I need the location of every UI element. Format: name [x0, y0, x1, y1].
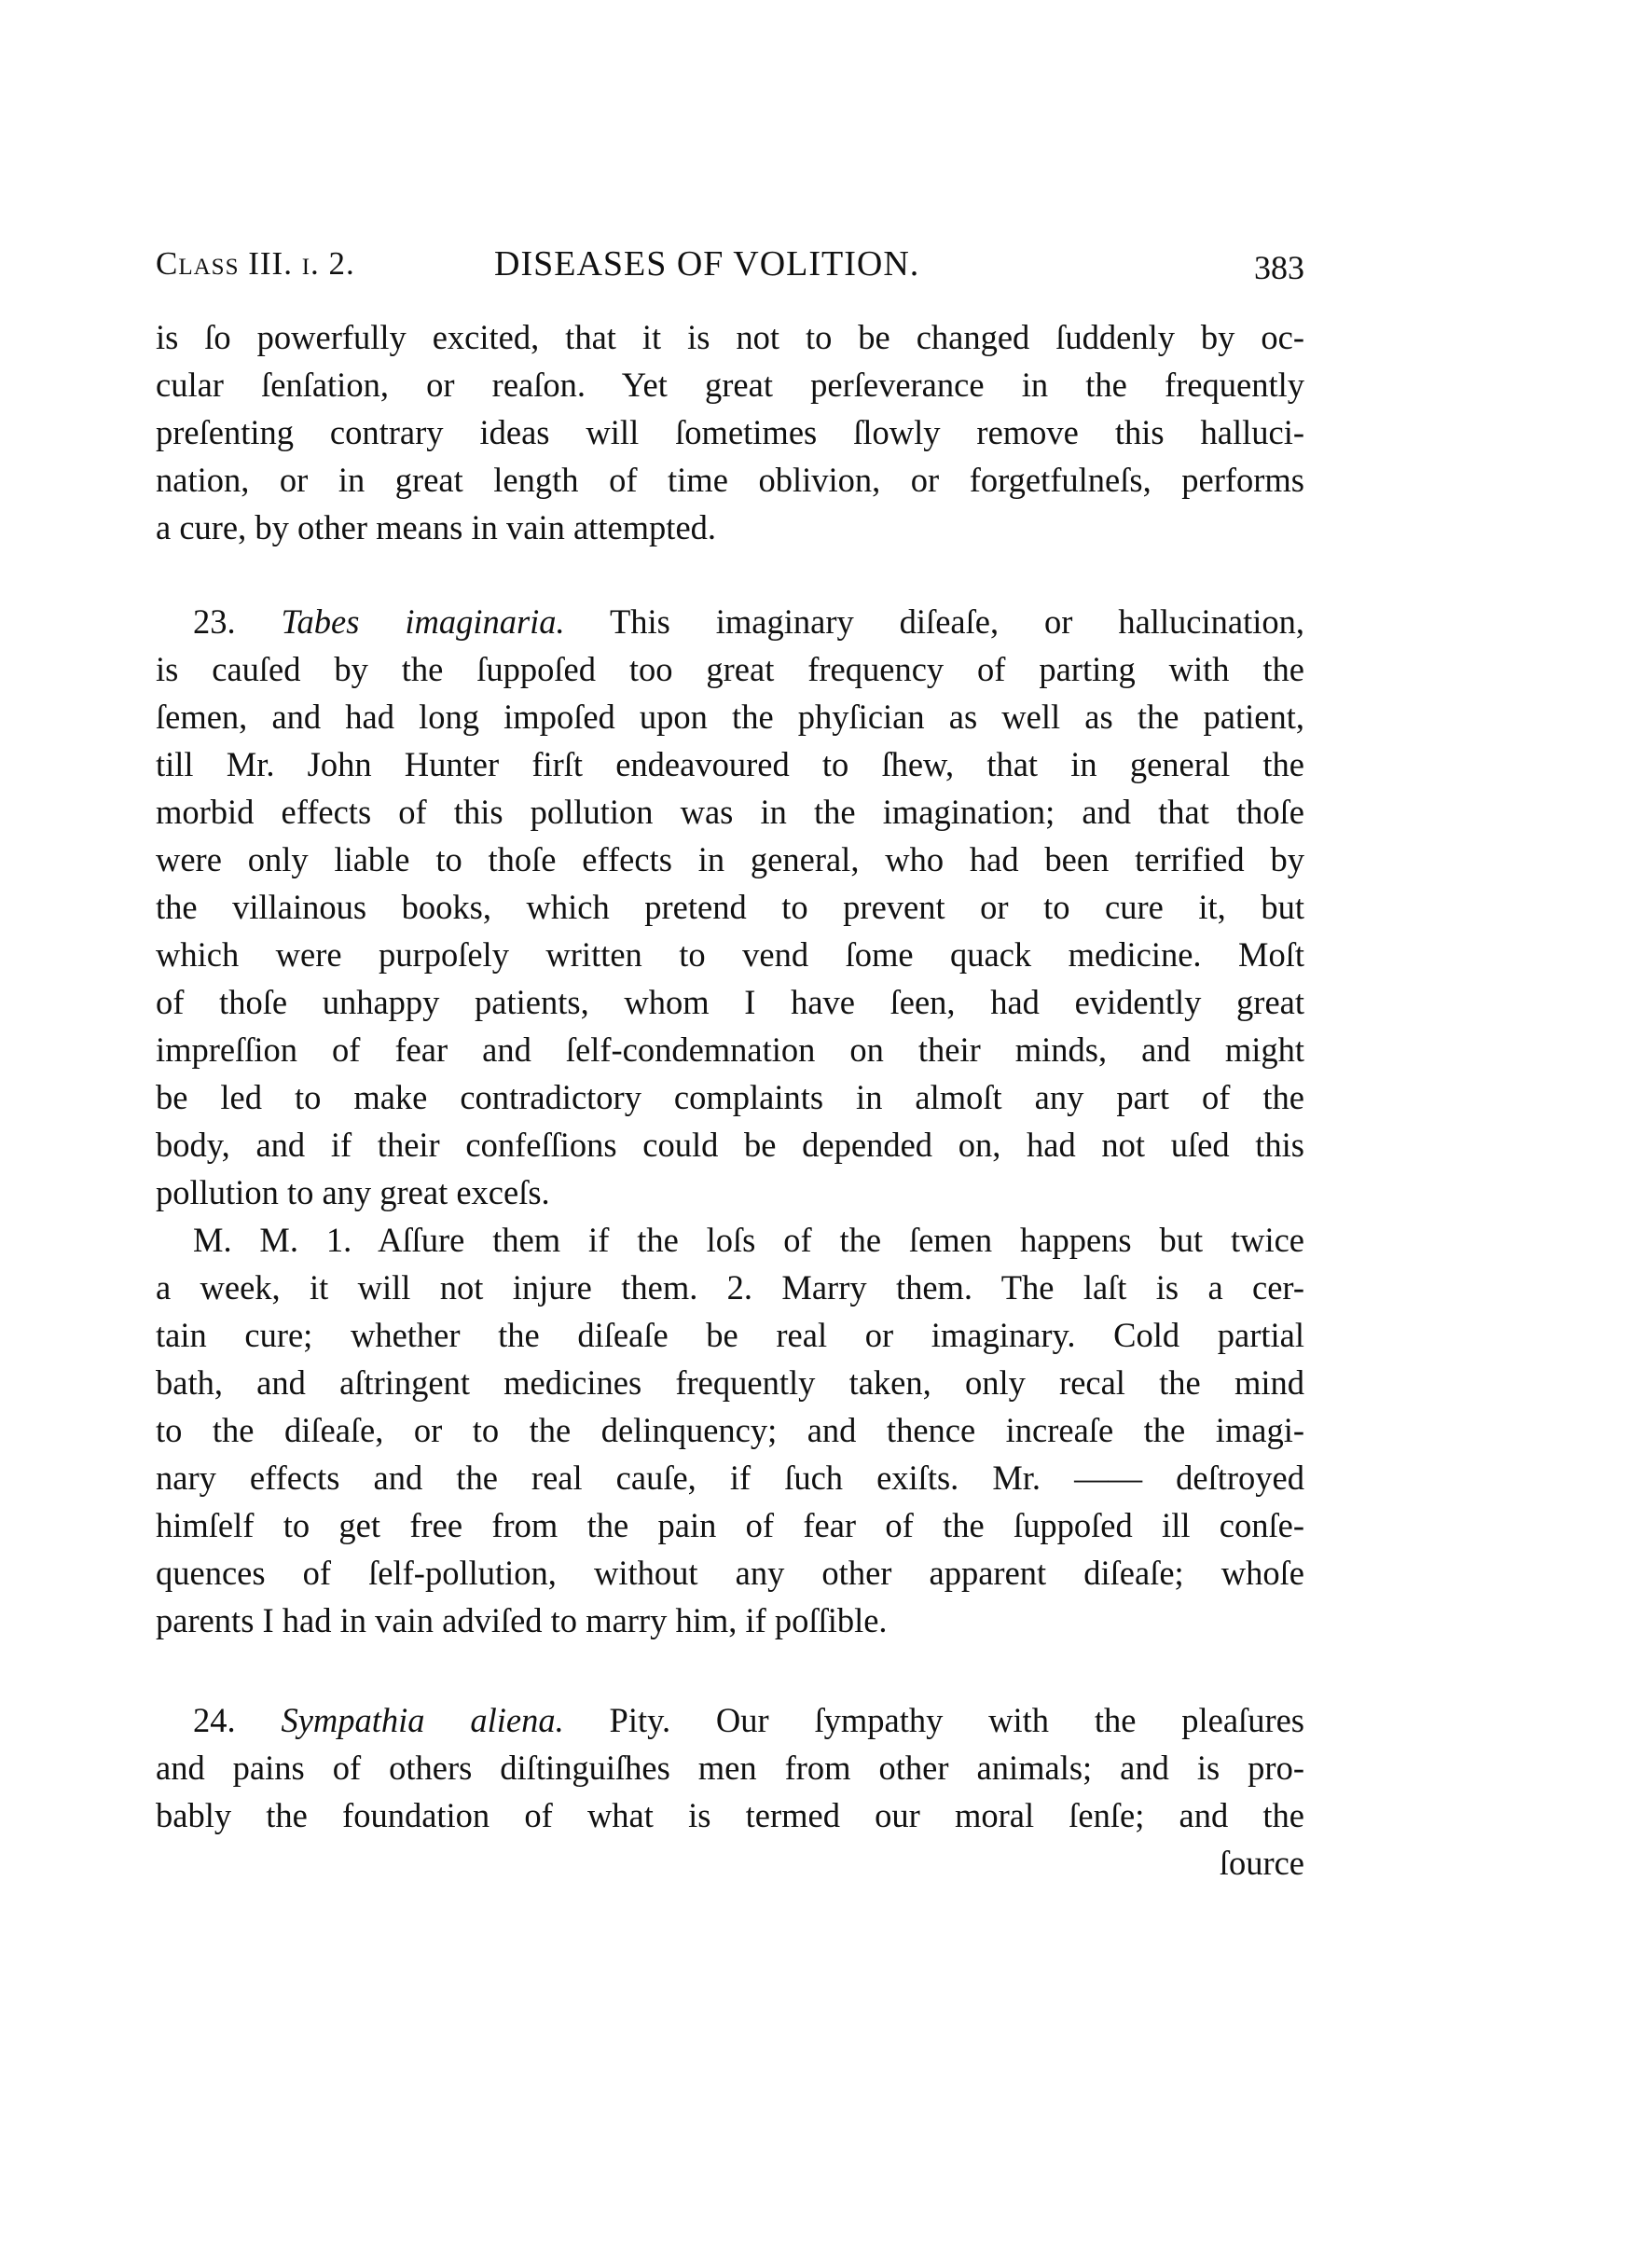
- mm-first-line-text: 1. Aſſure them if the loſs of the ſemen …: [326, 1221, 1304, 1259]
- text-line: morbid effects of this pollution was in …: [156, 789, 1304, 836]
- text-line: a cure, by other means in vain attempted…: [156, 505, 1304, 551]
- text-line: tain cure; whether the diſeaſe be real o…: [156, 1312, 1304, 1359]
- running-header: Class III. i. 2. DISEASES OF VOLITION. 3…: [156, 241, 1304, 287]
- text-line: till Mr. John Hunter firſt endeavoured t…: [156, 741, 1304, 788]
- text-line: ſemen, and had long impoſed upon the phy…: [156, 694, 1304, 740]
- section-heading-line: 23. Tabes imaginaria. This imaginary diſ…: [193, 599, 1304, 645]
- text-line: bably the foundation of what is termed o…: [156, 1792, 1304, 1839]
- text-line: preſenting contrary ideas will ſometimes…: [156, 409, 1304, 456]
- text-line: bath, and aſtringent medicines frequentl…: [156, 1360, 1304, 1406]
- section-first-line-text: This imaginary diſeaſe, or hallucination…: [610, 602, 1304, 641]
- text-line: cular ſenſation, or reaſon. Yet great pe…: [156, 362, 1304, 408]
- section-number: 23.: [193, 602, 236, 641]
- section-heading-line: 24. Sympathia aliena. Pity. Our ſympathy…: [193, 1697, 1304, 1744]
- class-label: Class III. i. 2.: [156, 241, 355, 287]
- text-line: is cauſed by the ſuppoſed too great freq…: [156, 646, 1304, 693]
- book-page: Class III. i. 2. DISEASES OF VOLITION. 3…: [0, 0, 1641, 2268]
- text-line: himſelf to get free from the pain of fea…: [156, 1502, 1304, 1549]
- catchword: ſource: [156, 1840, 1304, 1887]
- text-line: the villainous books, which pretend to p…: [156, 884, 1304, 931]
- text-line: were only liable to thoſe effects in gen…: [156, 837, 1304, 883]
- text-line: impreſſion of fear and ſelf-condemnation…: [156, 1027, 1304, 1073]
- section-title: Sympathia aliena.: [281, 1701, 563, 1739]
- text-line: nation, or in great length of time obliv…: [156, 457, 1304, 504]
- text-line: to the diſeaſe, or to the delinquency; a…: [156, 1407, 1304, 1454]
- text-line: quences of ſelf-pollution, without any o…: [156, 1550, 1304, 1597]
- text-line: is ſo powerfully excited, that it is not…: [156, 314, 1304, 361]
- page-number: 383: [1254, 244, 1304, 291]
- text-line: which were purpoſely written to vend ſom…: [156, 932, 1304, 978]
- text-line: pollution to any great exceſs.: [156, 1169, 1304, 1216]
- text-line: and pains of others diſtinguiſhes men fr…: [156, 1745, 1304, 1791]
- mm-heading-line: M. M. 1. Aſſure them if the loſs of the …: [193, 1217, 1304, 1264]
- text-line: be led to make contradictory complaints …: [156, 1074, 1304, 1121]
- text-line: body, and if their confeſſions could be …: [156, 1122, 1304, 1169]
- section-title: Tabes imaginaria.: [282, 602, 565, 641]
- mm-label: M. M.: [193, 1221, 298, 1259]
- text-line: nary effects and the real cauſe, if ſuch…: [156, 1455, 1304, 1501]
- section-first-line-text: Pity. Our ſympathy with the pleaſures: [610, 1701, 1305, 1739]
- running-title: DISEASES OF VOLITION.: [494, 241, 919, 287]
- text-line: of thoſe unhappy patients, whom I have ſ…: [156, 979, 1304, 1026]
- section-number: 24.: [193, 1701, 236, 1739]
- text-line: a week, it will not injure them. 2. Marr…: [156, 1265, 1304, 1311]
- text-line: parents I had in vain adviſed to marry h…: [156, 1597, 1304, 1644]
